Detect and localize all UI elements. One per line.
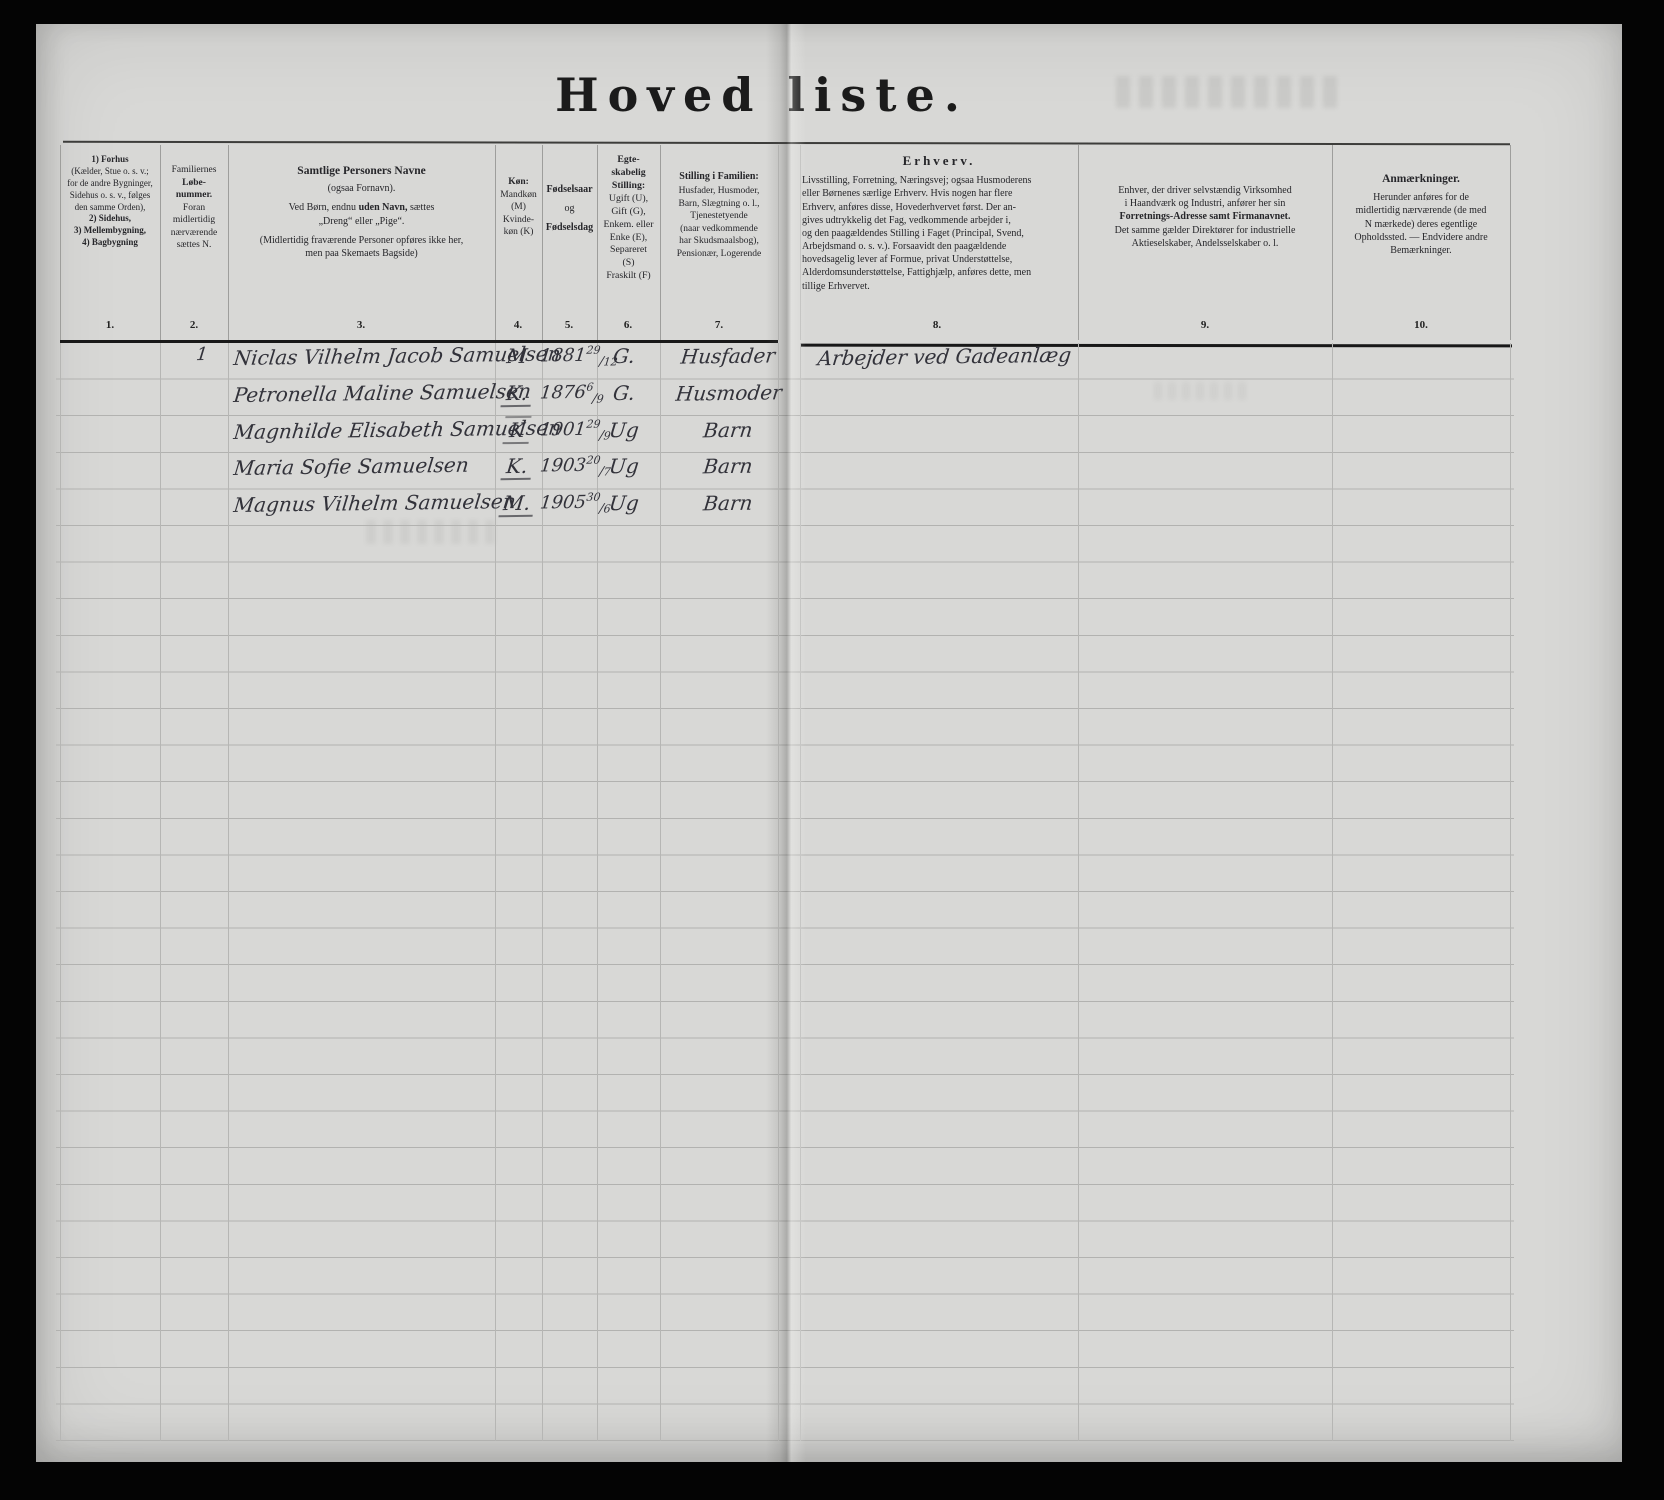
record-marital-status: Ug	[595, 418, 654, 443]
page-title: Hoved liste.	[36, 68, 1488, 122]
record-marital-status: Ug	[595, 491, 654, 516]
column-header-navne: Samtlige Personers Navne (ogsaa Fornavn)…	[230, 164, 493, 260]
column-number: 6.	[608, 319, 648, 331]
census-scan: Hoved liste. 1) Forhus (Kælder, Stue o. …	[0, 0, 1664, 1500]
column-divider	[160, 145, 161, 340]
record-marital-status: Ug	[595, 454, 654, 479]
record-name: Petronella Maline Samuelsen	[232, 379, 520, 407]
record-lobenummer	[184, 381, 220, 382]
record-sex: K.	[493, 381, 542, 406]
column-header-forretningsadresse: Enhver, der driver selvstændig Virksomhe…	[1080, 184, 1330, 250]
column-number: 7.	[699, 319, 739, 331]
column-number: 3.	[341, 319, 381, 331]
column-number: 8.	[917, 319, 957, 331]
column-number: 5.	[549, 319, 589, 331]
record-name: Magnhilde Elisabeth Samuelsen	[232, 416, 520, 444]
record-name: Magnus Vilhelm Samuelsen	[232, 489, 520, 517]
record-sex: K.	[493, 454, 542, 479]
record-family-position: Husfader	[675, 343, 782, 368]
record-lobenummer	[184, 418, 220, 419]
record-name: Maria Sofie Samuelsen	[232, 452, 520, 480]
record-lobenummer	[184, 454, 220, 455]
record-occupation: Arbejder ved Gadeanlæg	[816, 342, 1139, 370]
record-name: Niclas Vilhelm Jacob Samuelsen	[232, 342, 520, 370]
table-row: 1 Niclas Vilhelm Jacob Samuelsen M 18812…	[36, 344, 1622, 381]
column-number: 9.	[1185, 319, 1225, 331]
table-row: Magnus Vilhelm Samuelsen M. 1905306 Ug B…	[36, 491, 1622, 528]
column-number: 2.	[174, 319, 214, 331]
column-number: 10.	[1401, 319, 1441, 331]
column-number: 1.	[90, 319, 130, 331]
column-divider	[542, 145, 543, 340]
column-header-stilling-i-familien: Stilling i Familien: Husfader, Husmoder,…	[659, 170, 779, 260]
record-family-position: Barn	[675, 490, 782, 515]
column-header-fodselsaar: Fødselsaar og Fødselsdag	[541, 182, 598, 236]
table-row: Maria Sofie Samuelsen K. 1903207 Ug Barn	[36, 454, 1622, 491]
column-divider	[1510, 145, 1511, 340]
column-divider	[800, 145, 801, 340]
record-family-position: Barn	[675, 453, 782, 478]
column-divider	[495, 145, 496, 340]
column-divider	[60, 145, 61, 340]
census-page-spread: Hoved liste. 1) Forhus (Kælder, Stue o. …	[36, 24, 1622, 1462]
record-sex: M	[493, 344, 542, 369]
column-divider	[1332, 145, 1333, 340]
record-marital-status: G.	[595, 344, 654, 369]
column-header-egteskabelig-stilling: Egte- skabelig Stilling: Ugift (U), Gift…	[598, 154, 659, 283]
column-header-forhus: 1) Forhus (Kælder, Stue o. s. v.; for de…	[62, 154, 158, 249]
record-lobenummer	[184, 491, 220, 492]
record-lobenummer: 1	[183, 344, 221, 366]
column-divider	[1078, 145, 1079, 340]
record-sex: M.	[493, 491, 542, 516]
column-divider	[228, 145, 229, 340]
column-header-lobenummer: Familiernes Løbe- nummer. Foran midlerti…	[162, 164, 226, 252]
column-header-anmaerkninger: Anmærkninger. Herunder anføres for de mi…	[1334, 172, 1508, 257]
table-row: Magnhilde Elisabeth Samuelsen K 1901299 …	[36, 418, 1622, 455]
record-family-position: Barn	[675, 417, 782, 442]
column-header-erhverv: Erhverv. Livsstilling, Forretning, Nærin…	[802, 152, 1076, 293]
table-row: Petronella Maline Samuelsen K. 187669 G.…	[36, 381, 1622, 418]
column-number: 4.	[498, 319, 538, 331]
column-header-kon: Køn: Mandkøn (M) Kvinde- køn (K)	[496, 176, 541, 239]
record-marital-status: G.	[595, 381, 654, 406]
record-family-position: Husmoder	[675, 380, 782, 405]
title-divider	[63, 141, 1510, 146]
record-sex: K	[493, 418, 542, 443]
